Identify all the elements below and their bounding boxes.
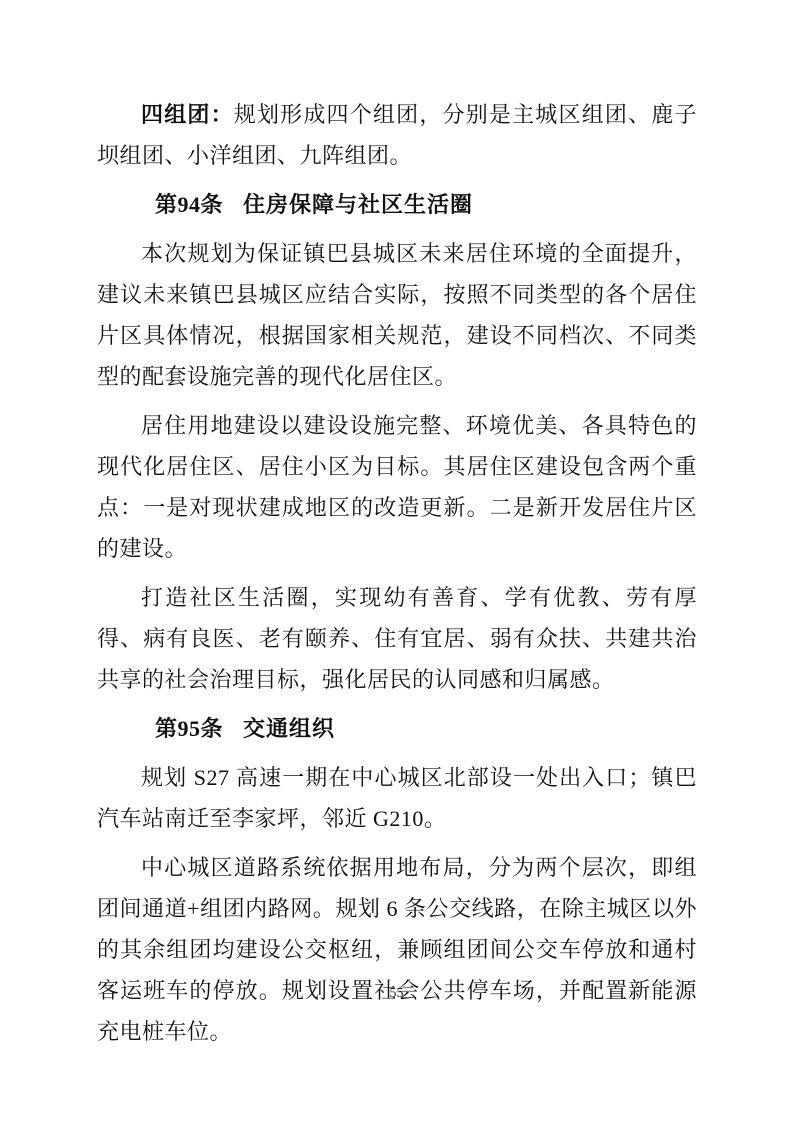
section-heading-number: 第95条 bbox=[155, 716, 223, 741]
section-heading: 第94条住房保障与社区生活圈 bbox=[97, 184, 697, 225]
section-heading-title: 交通组织 bbox=[243, 716, 335, 741]
paragraph: 打造社区生活圈，实现幼有善育、学有优教、劳有厚得、病有良医、老有颐养、住有宜居、… bbox=[97, 577, 697, 700]
paragraph: 规划 S27 高速一期在中心城区北部设一处出入口；镇巴汽车站南迁至李家坪，邻近 … bbox=[97, 757, 697, 839]
section-heading-title: 住房保障与社区生活圈 bbox=[243, 192, 473, 217]
paragraph: 四组团：规划形成四个组团，分别是主城区组团、鹿子坝组团、小洋组团、九阵组团。 bbox=[97, 94, 697, 176]
paragraph: 中心城区道路系统依据用地布局，分为两个层次，即组团间通道+组团内路网。规划 6 … bbox=[97, 847, 697, 1052]
section-heading: 第95条交通组织 bbox=[97, 708, 697, 749]
paragraph-text: 规划 S27 高速一期在中心城区北部设一处出入口；镇巴汽车站南迁至李家坪，邻近 … bbox=[97, 765, 697, 831]
paragraph-text: 打造社区生活圈，实现幼有善育、学有优教、劳有厚得、病有良医、老有颐养、住有宜居、… bbox=[97, 585, 697, 692]
paragraph: 居住用地建设以建设设施完整、环境优美、各具特色的现代化居住区、居住小区为目标。其… bbox=[97, 405, 697, 569]
paragraph-text: 中心城区道路系统依据用地布局，分为两个层次，即组团间通道+组团内路网。规划 6 … bbox=[97, 855, 697, 1044]
paragraph-text: 本次规划为保证镇巴县城区未来居住环境的全面提升，建议未来镇巴县城区应结合实际，按… bbox=[97, 241, 697, 389]
paragraph-text: 居住用地建设以建设设施完整、环境优美、各具特色的现代化居住区、居住小区为目标。其… bbox=[97, 413, 697, 561]
section-heading-number: 第94条 bbox=[155, 192, 223, 217]
paragraph: 本次规划为保证镇巴县城区未来居住环境的全面提升，建议未来镇巴县城区应结合实际，按… bbox=[97, 233, 697, 397]
page-number: 55 bbox=[0, 984, 793, 1004]
paragraph-lead-bold: 四组团： bbox=[141, 102, 234, 127]
document-page: 四组团：规划形成四个组团，分别是主城区组团、鹿子坝组团、小洋组团、九阵组团。第9… bbox=[0, 0, 793, 1122]
document-body: 四组团：规划形成四个组团，分别是主城区组团、鹿子坝组团、小洋组团、九阵组团。第9… bbox=[97, 94, 697, 1060]
